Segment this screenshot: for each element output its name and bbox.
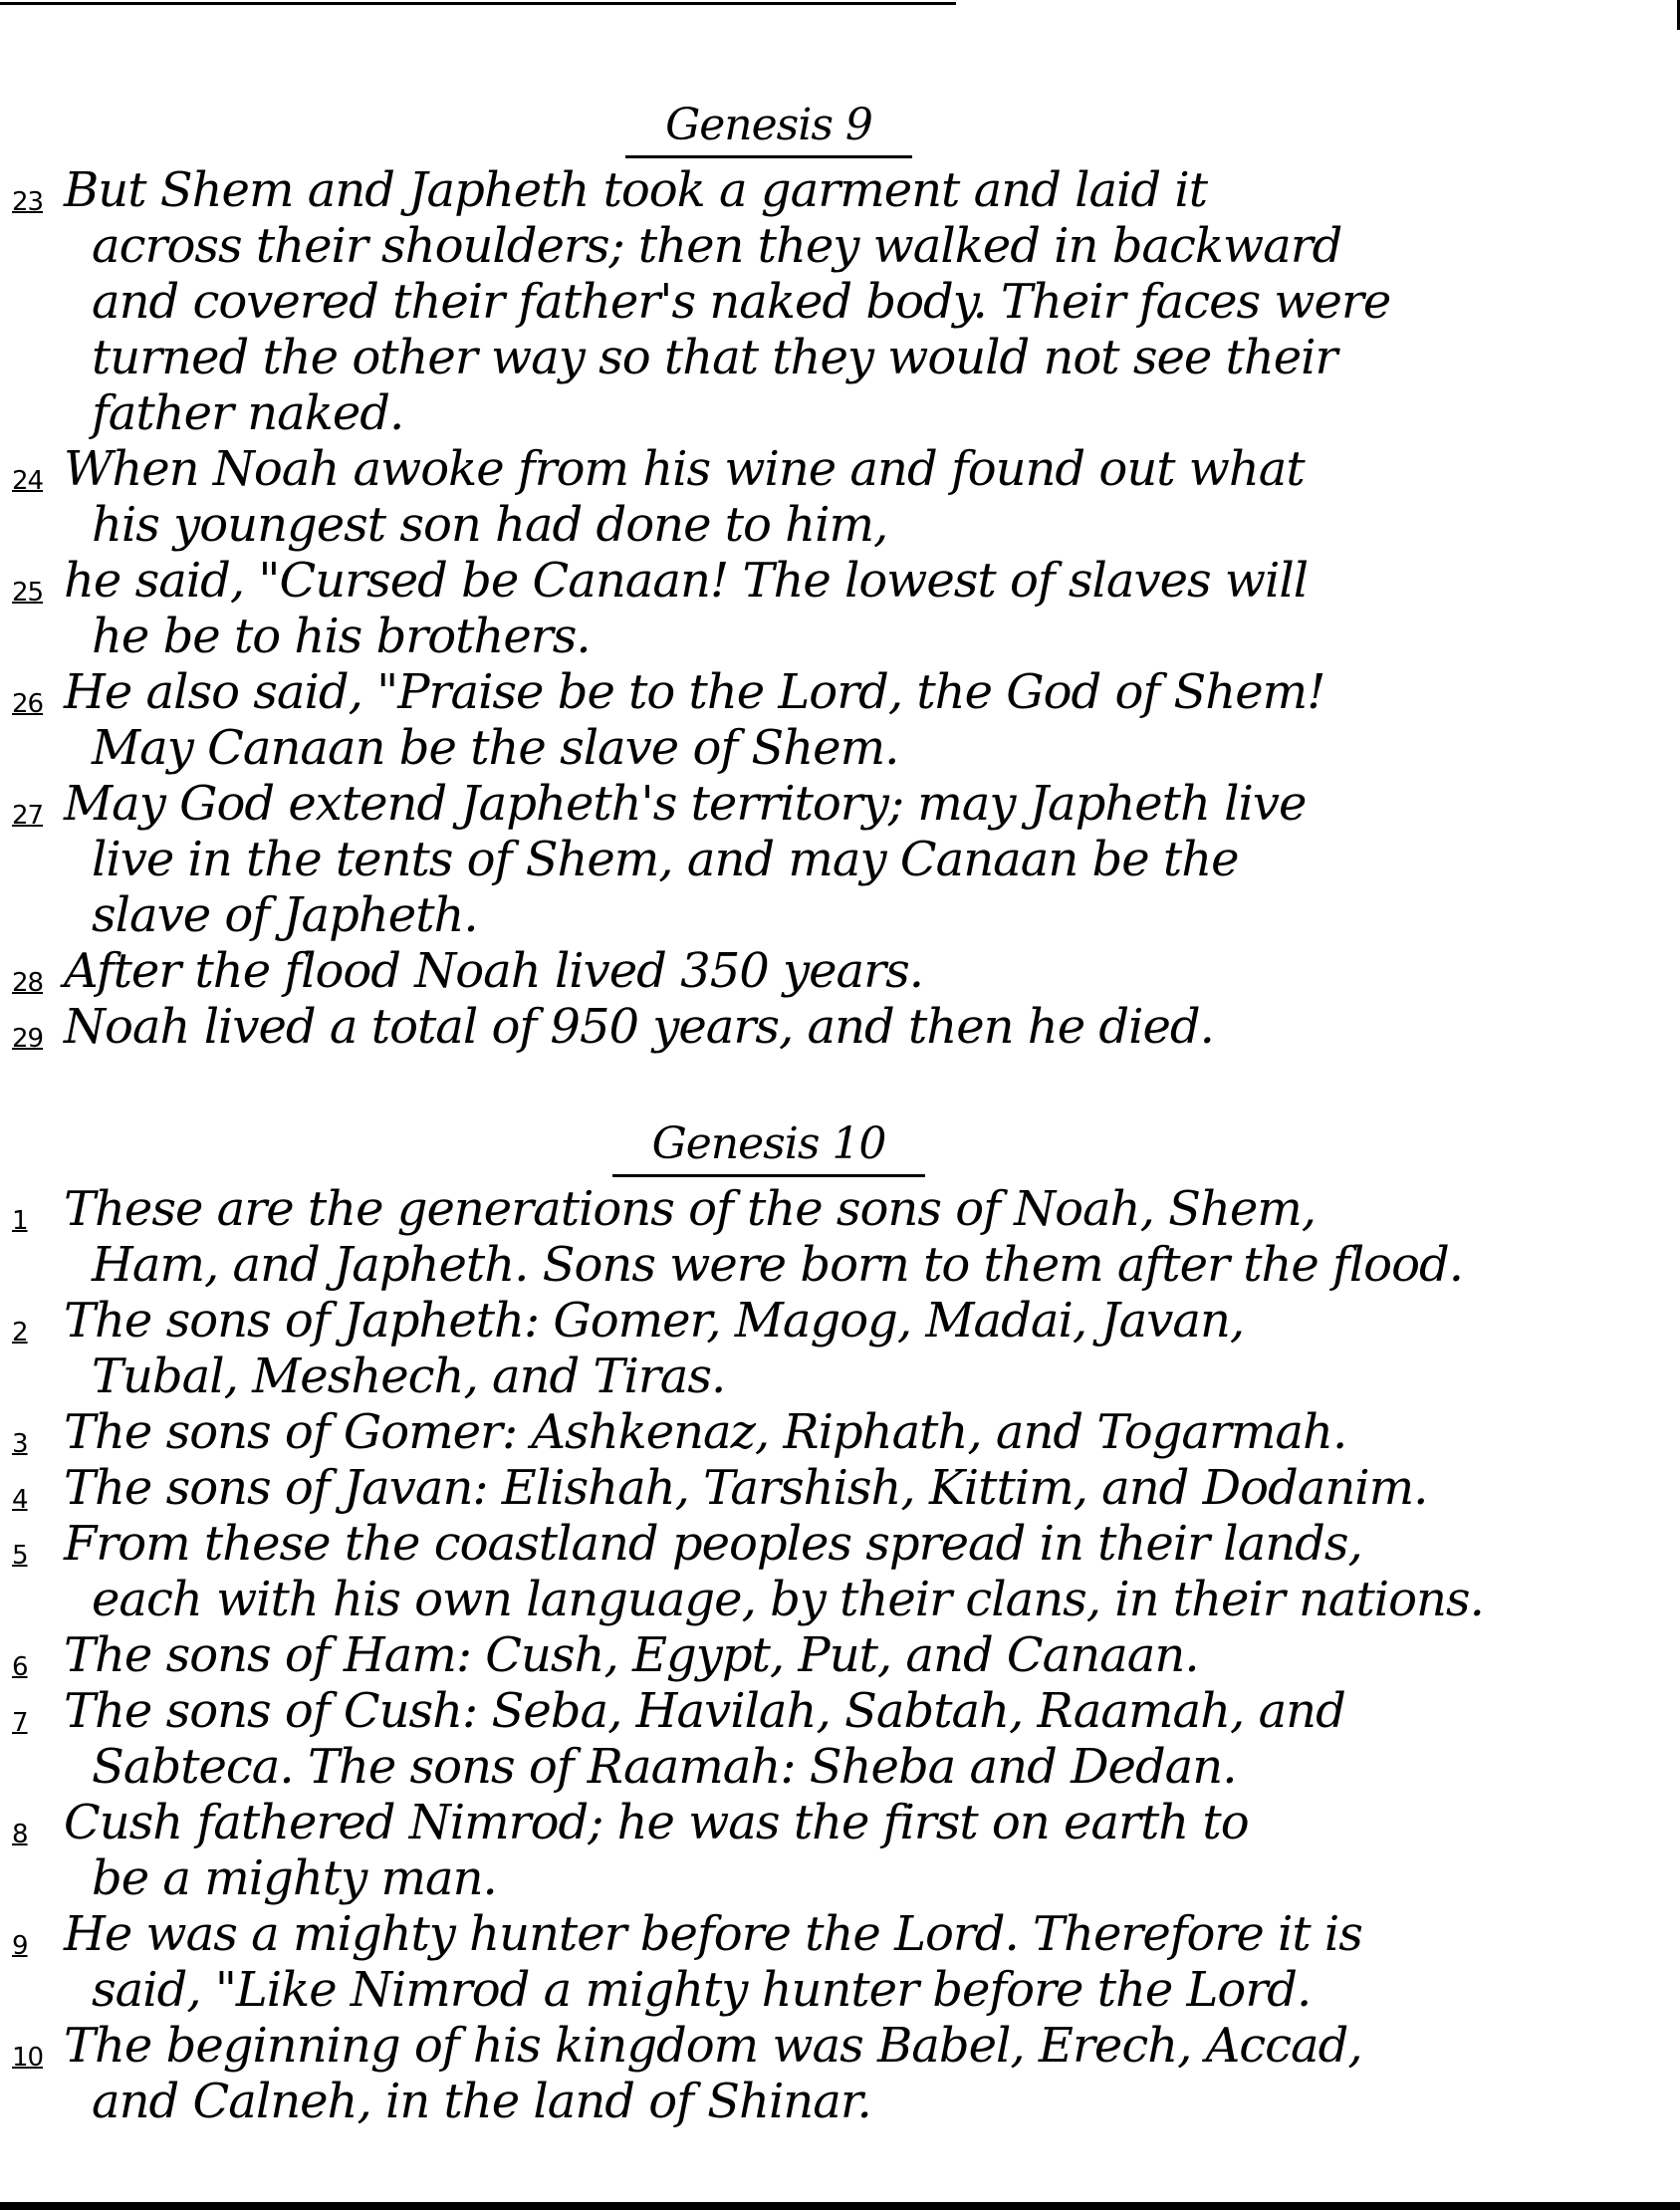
verse-number: 25 — [12, 565, 43, 620]
verse-line: May God extend Japheth's territory; may … — [64, 776, 1665, 832]
verse-line: When Noah awoke from his wine and found … — [64, 441, 1665, 497]
verse: 7The sons of Cush: Seba, Havilah, Sabtah… — [12, 1683, 1665, 1795]
verse-line: After the flood Noah lived 350 years. — [64, 943, 1665, 999]
chapter-heading: Genesis 10 — [0, 1116, 1665, 1177]
verse-line: Cush fathered Nimrod; he was the first o… — [64, 1795, 1665, 1850]
page-content: Genesis 923But Shem and Japheth took a g… — [12, 98, 1665, 2129]
verse: 26He also said, "Praise be to the Lord, … — [12, 664, 1665, 776]
verse: 29Noah lived a total of 950 years, and t… — [12, 999, 1665, 1055]
verse: 1These are the generations of the sons o… — [12, 1181, 1665, 1293]
chapter-heading: Genesis 9 — [0, 98, 1665, 158]
chapter-title: Genesis 10 — [612, 1116, 926, 1177]
handwritten-page: Genesis 923But Shem and Japheth took a g… — [0, 0, 1680, 2210]
verse-number: 29 — [12, 1011, 43, 1067]
section-gap — [12, 1055, 1665, 1116]
verse-line: Noah lived a total of 950 years, and the… — [64, 999, 1665, 1055]
verse-line: and covered their father's naked body. T… — [64, 274, 1665, 330]
verse: 5From these the coastland peoples spread… — [12, 1516, 1665, 1627]
top-scan-border — [0, 2, 956, 5]
verse-number: 27 — [12, 788, 43, 844]
verse-number: 5 — [12, 1528, 28, 1584]
verse-line: said, "Like Nimrod a mighty hunter befor… — [64, 1962, 1665, 2018]
verse-line: his youngest son had done to him, — [64, 497, 1665, 553]
verse-line: The beginning of his kingdom was Babel, … — [64, 2018, 1665, 2074]
verse-number: 9 — [12, 1918, 28, 1974]
verse-line: turned the other way so that they would … — [64, 330, 1665, 385]
verse-line: slave of Japheth. — [64, 887, 1665, 943]
verse: 6The sons of Ham: Cush, Egypt, Put, and … — [12, 1627, 1665, 1683]
verse-line: live in the tents of Shem, and may Canaa… — [64, 832, 1665, 887]
verse-line: The sons of Ham: Cush, Egypt, Put, and C… — [64, 1627, 1665, 1683]
verse: 2The sons of Japheth: Gomer, Magog, Mada… — [12, 1293, 1665, 1404]
verse-line: Ham, and Japheth. Sons were born to them… — [64, 1237, 1665, 1293]
verse-number: 24 — [12, 453, 43, 509]
verse-line: and Calneh, in the land of Shinar. — [64, 2074, 1665, 2129]
verse-line: The sons of Javan: Elishah, Tarshish, Ki… — [64, 1460, 1665, 1516]
verse-number: 26 — [12, 676, 43, 732]
verse-number: 23 — [12, 174, 43, 230]
chapter-title: Genesis 9 — [625, 98, 912, 158]
verse-line: each with his own language, by their cla… — [64, 1572, 1665, 1627]
verse-number: 8 — [12, 1807, 28, 1862]
verse: 24When Noah awoke from his wine and foun… — [12, 441, 1665, 553]
bottom-scan-border — [0, 2202, 1680, 2210]
verse: 3The sons of Gomer: Ashkenaz, Riphath, a… — [12, 1404, 1665, 1460]
verse: 8Cush fathered Nimrod; he was the first … — [12, 1795, 1665, 1906]
verse: 28After the flood Noah lived 350 years. — [12, 943, 1665, 999]
verse-line: These are the generations of the sons of… — [64, 1181, 1665, 1237]
verse-line: he said, "Cursed be Canaan! The lowest o… — [64, 553, 1665, 609]
verse: 9He was a mighty hunter before the Lord.… — [12, 1906, 1665, 2018]
verse-line: The sons of Gomer: Ashkenaz, Riphath, an… — [64, 1404, 1665, 1460]
verse-line: Tubal, Meshech, and Tiras. — [64, 1349, 1665, 1404]
verse-line: The sons of Japheth: Gomer, Magog, Madai… — [64, 1293, 1665, 1349]
verse-line: May Canaan be the slave of Shem. — [64, 720, 1665, 776]
verse-line: But Shem and Japheth took a garment and … — [64, 162, 1665, 218]
verse: 10The beginning of his kingdom was Babel… — [12, 2018, 1665, 2129]
verse-line: father naked. — [64, 385, 1665, 441]
verse: 4The sons of Javan: Elishah, Tarshish, K… — [12, 1460, 1665, 1516]
verse-line: across their shoulders; then they walked… — [64, 218, 1665, 274]
verse-number: 1 — [12, 1193, 28, 1249]
verse-line: be a mighty man. — [64, 1850, 1665, 1906]
verse-line: Sabteca. The sons of Raamah: Sheba and D… — [64, 1739, 1665, 1795]
verse-number: 7 — [12, 1695, 28, 1751]
verse-line: He also said, "Praise be to the Lord, th… — [64, 664, 1665, 720]
verse-number: 2 — [12, 1305, 28, 1360]
verse-line: he be to his brothers. — [64, 609, 1665, 664]
verse: 25he said, "Cursed be Canaan! The lowest… — [12, 553, 1665, 664]
verse-line: From these the coastland peoples spread … — [64, 1516, 1665, 1572]
verse-line: He was a mighty hunter before the Lord. … — [64, 1906, 1665, 1962]
verse-number: 10 — [12, 2030, 43, 2086]
verse: 27May God extend Japheth's territory; ma… — [12, 776, 1665, 943]
verse-line: The sons of Cush: Seba, Havilah, Sabtah,… — [64, 1683, 1665, 1739]
verse: 23But Shem and Japheth took a garment an… — [12, 162, 1665, 441]
